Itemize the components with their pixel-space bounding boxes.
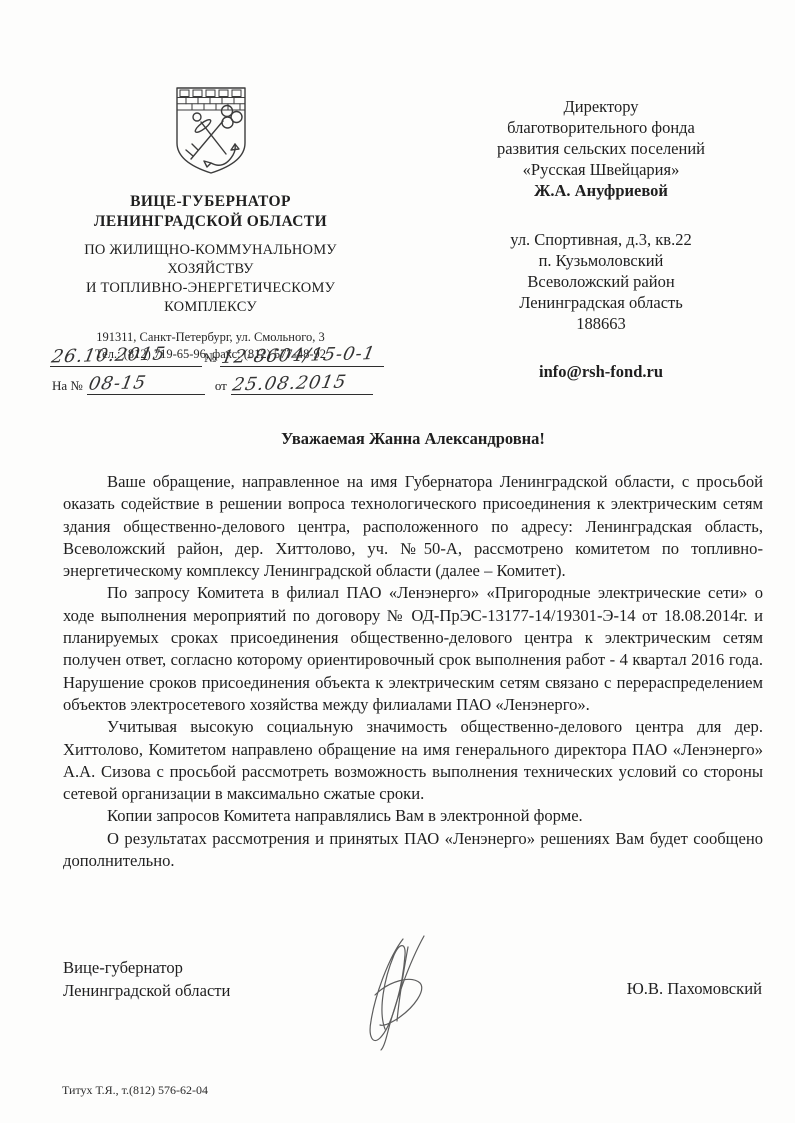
paragraph-2: По запросу Комитета в филиал ПАО «Ленэне…: [63, 582, 763, 716]
executor-note: Титух Т.Я., т.(812) 576-62-04: [62, 1083, 208, 1098]
signer-position-line2: Ленинградской области: [63, 979, 230, 1002]
sender-title-line1: ВИЦЕ-ГУБЕРНАТОР: [38, 192, 383, 212]
paragraph-1: Ваше обращение, направленное на имя Губе…: [63, 471, 763, 582]
spacer: [425, 201, 777, 229]
reference-block: 26.10.2015 № 12-8604/15-0-1 На № 08-15 о…: [50, 346, 395, 402]
incoming-date-field: 25.08.2015: [231, 374, 373, 395]
coat-of-arms-icon: [173, 84, 249, 176]
recipient-postcode: 188663: [425, 313, 777, 334]
outgoing-number-field: 12-8604/15-0-1: [220, 346, 384, 367]
recipient-block: Директору благотворительного фонда разви…: [425, 96, 777, 382]
paragraph-3: Учитывая высокую социальную значимость о…: [63, 716, 763, 805]
sender-title-line2: ЛЕНИНГРАДСКОЙ ОБЛАСТИ: [38, 212, 383, 232]
sender-subtitle: ПО ЖИЛИЩНО-КОММУНАЛЬНОМУ ХОЗЯЙСТВУ И ТОП…: [38, 241, 383, 317]
salutation: Уважаемая Жанна Александровна!: [63, 429, 763, 449]
recipient-name: Ж.А. Ануфриевой: [425, 180, 777, 201]
signer-name: Ю.В. Пахомовский: [627, 979, 762, 999]
recipient-address-line: п. Кузьмоловский: [425, 250, 777, 271]
incoming-number-handwriting: 08-15: [87, 373, 148, 394]
sender-subtitle-line1: ПО ЖИЛИЩНО-КОММУНАЛЬНОМУ: [38, 241, 383, 260]
sender-subtitle-line3: И ТОПЛИВНО-ЭНЕРГЕТИЧЕСКОМУ: [38, 279, 383, 298]
recipient-address-line: Ленинградская область: [425, 292, 777, 313]
reference-row-outgoing: 26.10.2015 № 12-8604/15-0-1: [50, 346, 395, 367]
spacer: [425, 334, 777, 361]
reference-row-incoming: На № 08-15 от 25.08.2015: [50, 374, 395, 395]
signer-position-line1: Вице-губернатор: [63, 956, 230, 979]
recipient-email: info@rsh-fond.ru: [425, 361, 777, 382]
handwritten-signature: [345, 933, 455, 1051]
outgoing-date-handwriting: 26.10.2015: [50, 345, 167, 368]
recipient-address-line: ул. Спортивная, д.3, кв.22: [425, 229, 777, 250]
sender-subtitle-line2: ХОЗЯЙСТВУ: [38, 260, 383, 279]
outgoing-date-field: 26.10.2015: [50, 346, 202, 367]
letter-body: Ваше обращение, направленное на имя Губе…: [63, 471, 763, 872]
incoming-date-handwriting: 25.08.2015: [231, 373, 348, 396]
paragraph-5: О результатах рассмотрения и принятых ПА…: [63, 828, 763, 873]
letterhead: ВИЦЕ-ГУБЕРНАТОР ЛЕНИНГРАДСКОЙ ОБЛАСТИ ПО…: [38, 84, 383, 363]
reply-to-label: На №: [50, 378, 87, 395]
from-label: от: [205, 378, 231, 395]
recipient-line: «Русская Швейцария»: [425, 159, 777, 180]
sender-title: ВИЦЕ-ГУБЕРНАТОР ЛЕНИНГРАДСКОЙ ОБЛАСТИ: [38, 192, 383, 232]
outgoing-number-handwriting: 12-8604/15-0-1: [220, 344, 377, 368]
recipient-line: Директору: [425, 96, 777, 117]
scanned-letter-page: ВИЦЕ-ГУБЕРНАТОР ЛЕНИНГРАДСКОЙ ОБЛАСТИ ПО…: [0, 0, 795, 1123]
paragraph-4: Копии запросов Комитета направлялись Вам…: [63, 805, 763, 827]
recipient-line: развития сельских поселений: [425, 138, 777, 159]
recipient-address-line: Всеволожский район: [425, 271, 777, 292]
recipient-line: благотворительного фонда: [425, 117, 777, 138]
signer-position: Вице-губернатор Ленинградской области: [63, 956, 230, 1002]
incoming-number-field: 08-15: [87, 374, 205, 395]
number-label: №: [202, 350, 220, 367]
sender-subtitle-line4: КОМПЛЕКСУ: [38, 298, 383, 317]
